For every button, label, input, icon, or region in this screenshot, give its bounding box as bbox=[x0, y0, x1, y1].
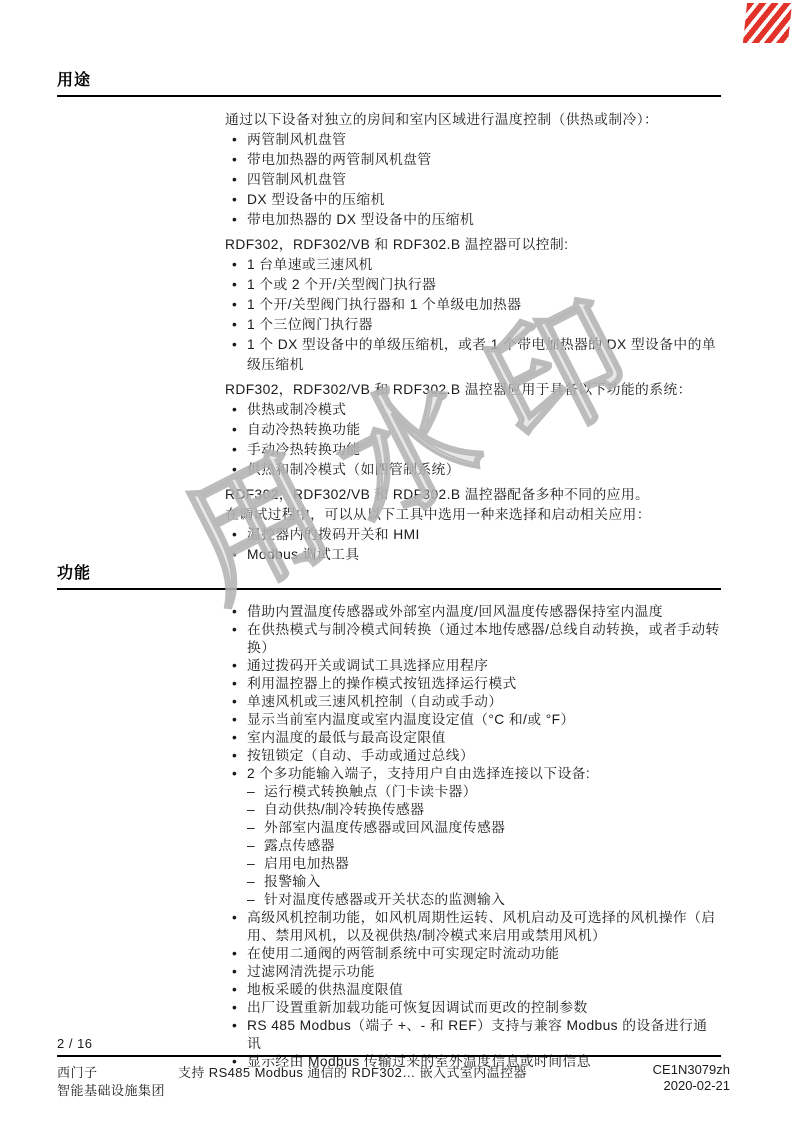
list-item-text: 利用温控器上的操作模式按钮选择运行模式 bbox=[247, 675, 721, 693]
list-item: •带电加热器的两管制风机盘管 bbox=[225, 150, 721, 170]
list-item: •四管制风机盘管 bbox=[225, 170, 721, 190]
list-item: •手动冷热转换功能 bbox=[225, 440, 721, 460]
list-item-text: Modbus 调试工具 bbox=[247, 545, 721, 565]
list-item: •高级风机控制功能，如风机周期性运转、风机启动及可选择的风机操作（启用、禁用风机… bbox=[225, 909, 721, 945]
sub-list-item: –外部室内温度传感器或回风温度传感器 bbox=[247, 819, 721, 837]
paragraph: RDF302，RDF302/VB 和 RDF302.B 温控器配备多种不同的应用… bbox=[225, 485, 721, 525]
list-item-text: 按钮锁定（自动、手动或通过总线） bbox=[247, 747, 721, 765]
list-item: •供热和制冷模式（如四管制系统） bbox=[225, 460, 721, 480]
list-item: •利用温控器上的操作模式按钮选择运行模式 bbox=[225, 675, 721, 693]
list-item-text: 带电加热器的两管制风机盘管 bbox=[247, 150, 721, 170]
list-item: •借助内置温度传感器或外部室内温度/回风温度传感器保持室内温度 bbox=[225, 603, 721, 621]
bullet-icon: • bbox=[225, 190, 247, 210]
list-item-text: 显示经由 Modbus 传输过来的室外温度信息或时间信息 bbox=[247, 1053, 721, 1071]
list-item-text: 在供热模式与制冷模式间转换（通过本地传感器/总线自动转换，或者手动转换） bbox=[247, 621, 721, 657]
bullet-icon: • bbox=[225, 945, 247, 963]
list-item-text: 手动冷热转换功能 bbox=[247, 440, 721, 460]
list-item-text: 地板采暖的供热温度限值 bbox=[247, 981, 721, 999]
sub-list-item: –启用电加热器 bbox=[247, 855, 721, 873]
bullet-icon: • bbox=[225, 909, 247, 927]
bullet-icon: • bbox=[225, 275, 247, 295]
list-item-text: 1 个三位阀门执行器 bbox=[247, 315, 721, 335]
sub-list-item-text: 针对温度传感器或开关状态的监测输入 bbox=[264, 891, 721, 909]
bullet-icon: • bbox=[225, 1053, 247, 1071]
list-item-text: 四管制风机盘管 bbox=[247, 170, 721, 190]
paragraph: RDF302，RDF302/VB 和 RDF302.B 温控器应用于具备以下功能… bbox=[225, 380, 721, 400]
bullet-list: •借助内置温度传感器或外部室内温度/回风温度传感器保持室内温度•在供热模式与制冷… bbox=[225, 603, 721, 1071]
section-purpose: 用途通过以下设备对独立的房间和室内区域进行温度控制（供热或制冷）：•两管制风机盘… bbox=[57, 72, 721, 565]
bullet-list: •1 台单速或三速风机•1 个或 2 个开/关型阀门执行器•1 个开/关型阀门执… bbox=[225, 255, 721, 375]
list-item-text: 单速风机或三速风机控制（自动或手动） bbox=[247, 693, 721, 711]
bullet-icon: • bbox=[225, 981, 247, 999]
list-item-text: 出厂设置重新加载功能可恢复因调试而更改的控制参数 bbox=[247, 999, 721, 1017]
list-item-text: 带电加热器的 DX 型设备中的压缩机 bbox=[247, 210, 721, 230]
list-item: •通过拨码开关或调试工具选择应用程序 bbox=[225, 657, 721, 675]
list-item: •单速风机或三速风机控制（自动或手动） bbox=[225, 693, 721, 711]
bullet-icon: • bbox=[225, 150, 247, 170]
list-item: •Modbus 调试工具 bbox=[225, 545, 721, 565]
list-item: •RS 485 Modbus（端子 +、- 和 REF）支持与兼容 Modbus… bbox=[225, 1017, 721, 1053]
list-item: •地板采暖的供热温度限值 bbox=[225, 981, 721, 999]
bullet-icon: • bbox=[225, 1017, 247, 1035]
list-item-text: 温控器内的拨码开关和 HMI bbox=[247, 525, 721, 545]
list-item-text: 借助内置温度传感器或外部室内温度/回风温度传感器保持室内温度 bbox=[247, 603, 721, 621]
dash-icon: – bbox=[247, 819, 264, 837]
bullet-icon: • bbox=[225, 525, 247, 545]
bullet-icon: • bbox=[225, 130, 247, 150]
list-item: •DX 型设备中的压缩机 bbox=[225, 190, 721, 210]
bullet-icon: • bbox=[225, 693, 247, 711]
bullet-icon: • bbox=[225, 603, 247, 621]
list-item: •显示经由 Modbus 传输过来的室外温度信息或时间信息 bbox=[225, 1053, 721, 1071]
list-item: •两管制风机盘管 bbox=[225, 130, 721, 150]
dash-icon: – bbox=[247, 783, 264, 801]
bullet-icon: • bbox=[225, 460, 247, 480]
sub-list-item: –自动供热/制冷转换传感器 bbox=[247, 801, 721, 819]
bullet-icon: • bbox=[225, 170, 247, 190]
bullet-icon: • bbox=[225, 747, 247, 765]
list-item-text: 2 个多功能输入端子，支持用户自由选择连接以下设备: bbox=[247, 765, 721, 783]
bullet-icon: • bbox=[225, 255, 247, 275]
bullet-icon: • bbox=[225, 963, 247, 981]
list-item-text: 过滤网清洗提示功能 bbox=[247, 963, 721, 981]
list-item-text: RS 485 Modbus（端子 +、- 和 REF）支持与兼容 Modbus … bbox=[247, 1017, 721, 1053]
list-item: •出厂设置重新加载功能可恢复因调试而更改的控制参数 bbox=[225, 999, 721, 1017]
list-item: •1 个 DX 型设备中的单级压缩机，或者 1 个带电加热器的 DX 型设备中的… bbox=[225, 335, 721, 375]
list-item-text: DX 型设备中的压缩机 bbox=[247, 190, 721, 210]
list-item-text: 室内温度的最低与最高设定限值 bbox=[247, 729, 721, 747]
list-item-text: 在使用二通阀的两管制系统中可实现定时流动功能 bbox=[247, 945, 721, 963]
list-item: •1 台单速或三速风机 bbox=[225, 255, 721, 275]
bullet-icon: • bbox=[225, 440, 247, 460]
bullet-list: •温控器内的拨码开关和 HMI•Modbus 调试工具 bbox=[225, 525, 721, 565]
list-item: •显示当前室内温度或室内温度设定值（°C 和/或 °F） bbox=[225, 711, 721, 729]
list-item-text: 1 台单速或三速风机 bbox=[247, 255, 721, 275]
sub-list-item-text: 报警输入 bbox=[264, 873, 721, 891]
bullet-icon: • bbox=[225, 657, 247, 675]
sub-list-item-text: 露点传感器 bbox=[264, 837, 721, 855]
list-item: •2 个多功能输入端子，支持用户自由选择连接以下设备: bbox=[225, 765, 721, 783]
list-item: •1 个开/关型阀门执行器和 1 个单级电加热器 bbox=[225, 295, 721, 315]
sub-list-item-text: 运行模式转换触点（门卡读卡器） bbox=[264, 783, 721, 801]
bullet-icon: • bbox=[225, 545, 247, 565]
list-item: •温控器内的拨码开关和 HMI bbox=[225, 525, 721, 545]
list-item-text: 1 个 DX 型设备中的单级压缩机，或者 1 个带电加热器的 DX 型设备中的单… bbox=[247, 335, 721, 375]
dash-icon: – bbox=[247, 891, 264, 909]
list-item-text: 高级风机控制功能，如风机周期性运转、风机启动及可选择的风机操作（启用、禁用风机，… bbox=[247, 909, 721, 945]
sub-list-item: –露点传感器 bbox=[247, 837, 721, 855]
list-item-text: 显示当前室内温度或室内温度设定值（°C 和/或 °F） bbox=[247, 711, 721, 729]
dash-icon: – bbox=[247, 837, 264, 855]
paragraph: 通过以下设备对独立的房间和室内区域进行温度控制（供热或制冷）： bbox=[225, 110, 721, 130]
section-functions: 功能•借助内置温度传感器或外部室内温度/回风温度传感器保持室内温度•在供热模式与… bbox=[57, 565, 721, 1071]
document-page: 用水印 用途通过以下设备对独立的房间和室内区域进行温度控制（供热或制冷）：•两管… bbox=[0, 0, 794, 1123]
section-content: •借助内置温度传感器或外部室内温度/回风温度传感器保持室内温度•在供热模式与制冷… bbox=[225, 590, 721, 1071]
sub-list-item-text: 启用电加热器 bbox=[264, 855, 721, 873]
bullet-list: •供热或制冷模式•自动冷热转换功能•手动冷热转换功能•供热和制冷模式（如四管制系… bbox=[225, 400, 721, 480]
list-item: •过滤网清洗提示功能 bbox=[225, 963, 721, 981]
list-item-text: 供热和制冷模式（如四管制系统） bbox=[247, 460, 721, 480]
dash-icon: – bbox=[247, 855, 264, 873]
list-item: •在供热模式与制冷模式间转换（通过本地传感器/总线自动转换，或者手动转换） bbox=[225, 621, 721, 657]
paragraph: RDF302，RDF302/VB 和 RDF302.B 温控器可以控制: bbox=[225, 235, 721, 255]
bullet-icon: • bbox=[225, 765, 247, 783]
list-item-text: 供热或制冷模式 bbox=[247, 400, 721, 420]
list-item: •1 个或 2 个开/关型阀门执行器 bbox=[225, 275, 721, 295]
dash-icon: – bbox=[247, 801, 264, 819]
list-item-text: 1 个开/关型阀门执行器和 1 个单级电加热器 bbox=[247, 295, 721, 315]
bullet-icon: • bbox=[225, 729, 247, 747]
section-heading: 用途 bbox=[57, 72, 721, 90]
list-item-text: 1 个或 2 个开/关型阀门执行器 bbox=[247, 275, 721, 295]
list-item-text: 两管制风机盘管 bbox=[247, 130, 721, 150]
list-item: •自动冷热转换功能 bbox=[225, 420, 721, 440]
bullet-icon: • bbox=[225, 621, 247, 639]
list-item-text: 通过拨码开关或调试工具选择应用程序 bbox=[247, 657, 721, 675]
bullet-icon: • bbox=[225, 335, 247, 355]
bullet-icon: • bbox=[225, 400, 247, 420]
bullet-icon: • bbox=[225, 295, 247, 315]
list-item-text: 自动冷热转换功能 bbox=[247, 420, 721, 440]
list-item: •带电加热器的 DX 型设备中的压缩机 bbox=[225, 210, 721, 230]
list-item: •在使用二通阀的两管制系统中可实现定时流动功能 bbox=[225, 945, 721, 963]
bullet-icon: • bbox=[225, 999, 247, 1017]
list-item: •按钮锁定（自动、手动或通过总线） bbox=[225, 747, 721, 765]
corner-stamp-icon bbox=[743, 3, 792, 43]
bullet-icon: • bbox=[225, 675, 247, 693]
dash-icon: – bbox=[247, 873, 264, 891]
bullet-icon: • bbox=[225, 420, 247, 440]
bullet-icon: • bbox=[225, 315, 247, 335]
company-division: 智能基础设施集团 bbox=[57, 1080, 165, 1099]
bullet-list: •两管制风机盘管•带电加热器的两管制风机盘管•四管制风机盘管•DX 型设备中的压… bbox=[225, 130, 721, 230]
section-heading: 功能 bbox=[57, 565, 721, 583]
list-item: •室内温度的最低与最高设定限值 bbox=[225, 729, 721, 747]
doc-date: 2020-02-21 bbox=[664, 1078, 731, 1093]
list-item: •供热或制冷模式 bbox=[225, 400, 721, 420]
list-item: •1 个三位阀门执行器 bbox=[225, 315, 721, 335]
document-body: 用途通过以下设备对独立的房间和室内区域进行温度控制（供热或制冷）：•两管制风机盘… bbox=[57, 72, 721, 1071]
sub-list-item-text: 外部室内温度传感器或回风温度传感器 bbox=[264, 819, 721, 837]
section-content: 通过以下设备对独立的房间和室内区域进行温度控制（供热或制冷）：•两管制风机盘管•… bbox=[225, 97, 721, 565]
sub-list-item-text: 自动供热/制冷转换传感器 bbox=[264, 801, 721, 819]
sub-list-item: –报警输入 bbox=[247, 873, 721, 891]
bullet-icon: • bbox=[225, 210, 247, 230]
sub-list-item: –针对温度传感器或开关状态的监测输入 bbox=[247, 891, 721, 909]
sub-list-item: –运行模式转换触点（门卡读卡器） bbox=[247, 783, 721, 801]
bullet-icon: • bbox=[225, 711, 247, 729]
